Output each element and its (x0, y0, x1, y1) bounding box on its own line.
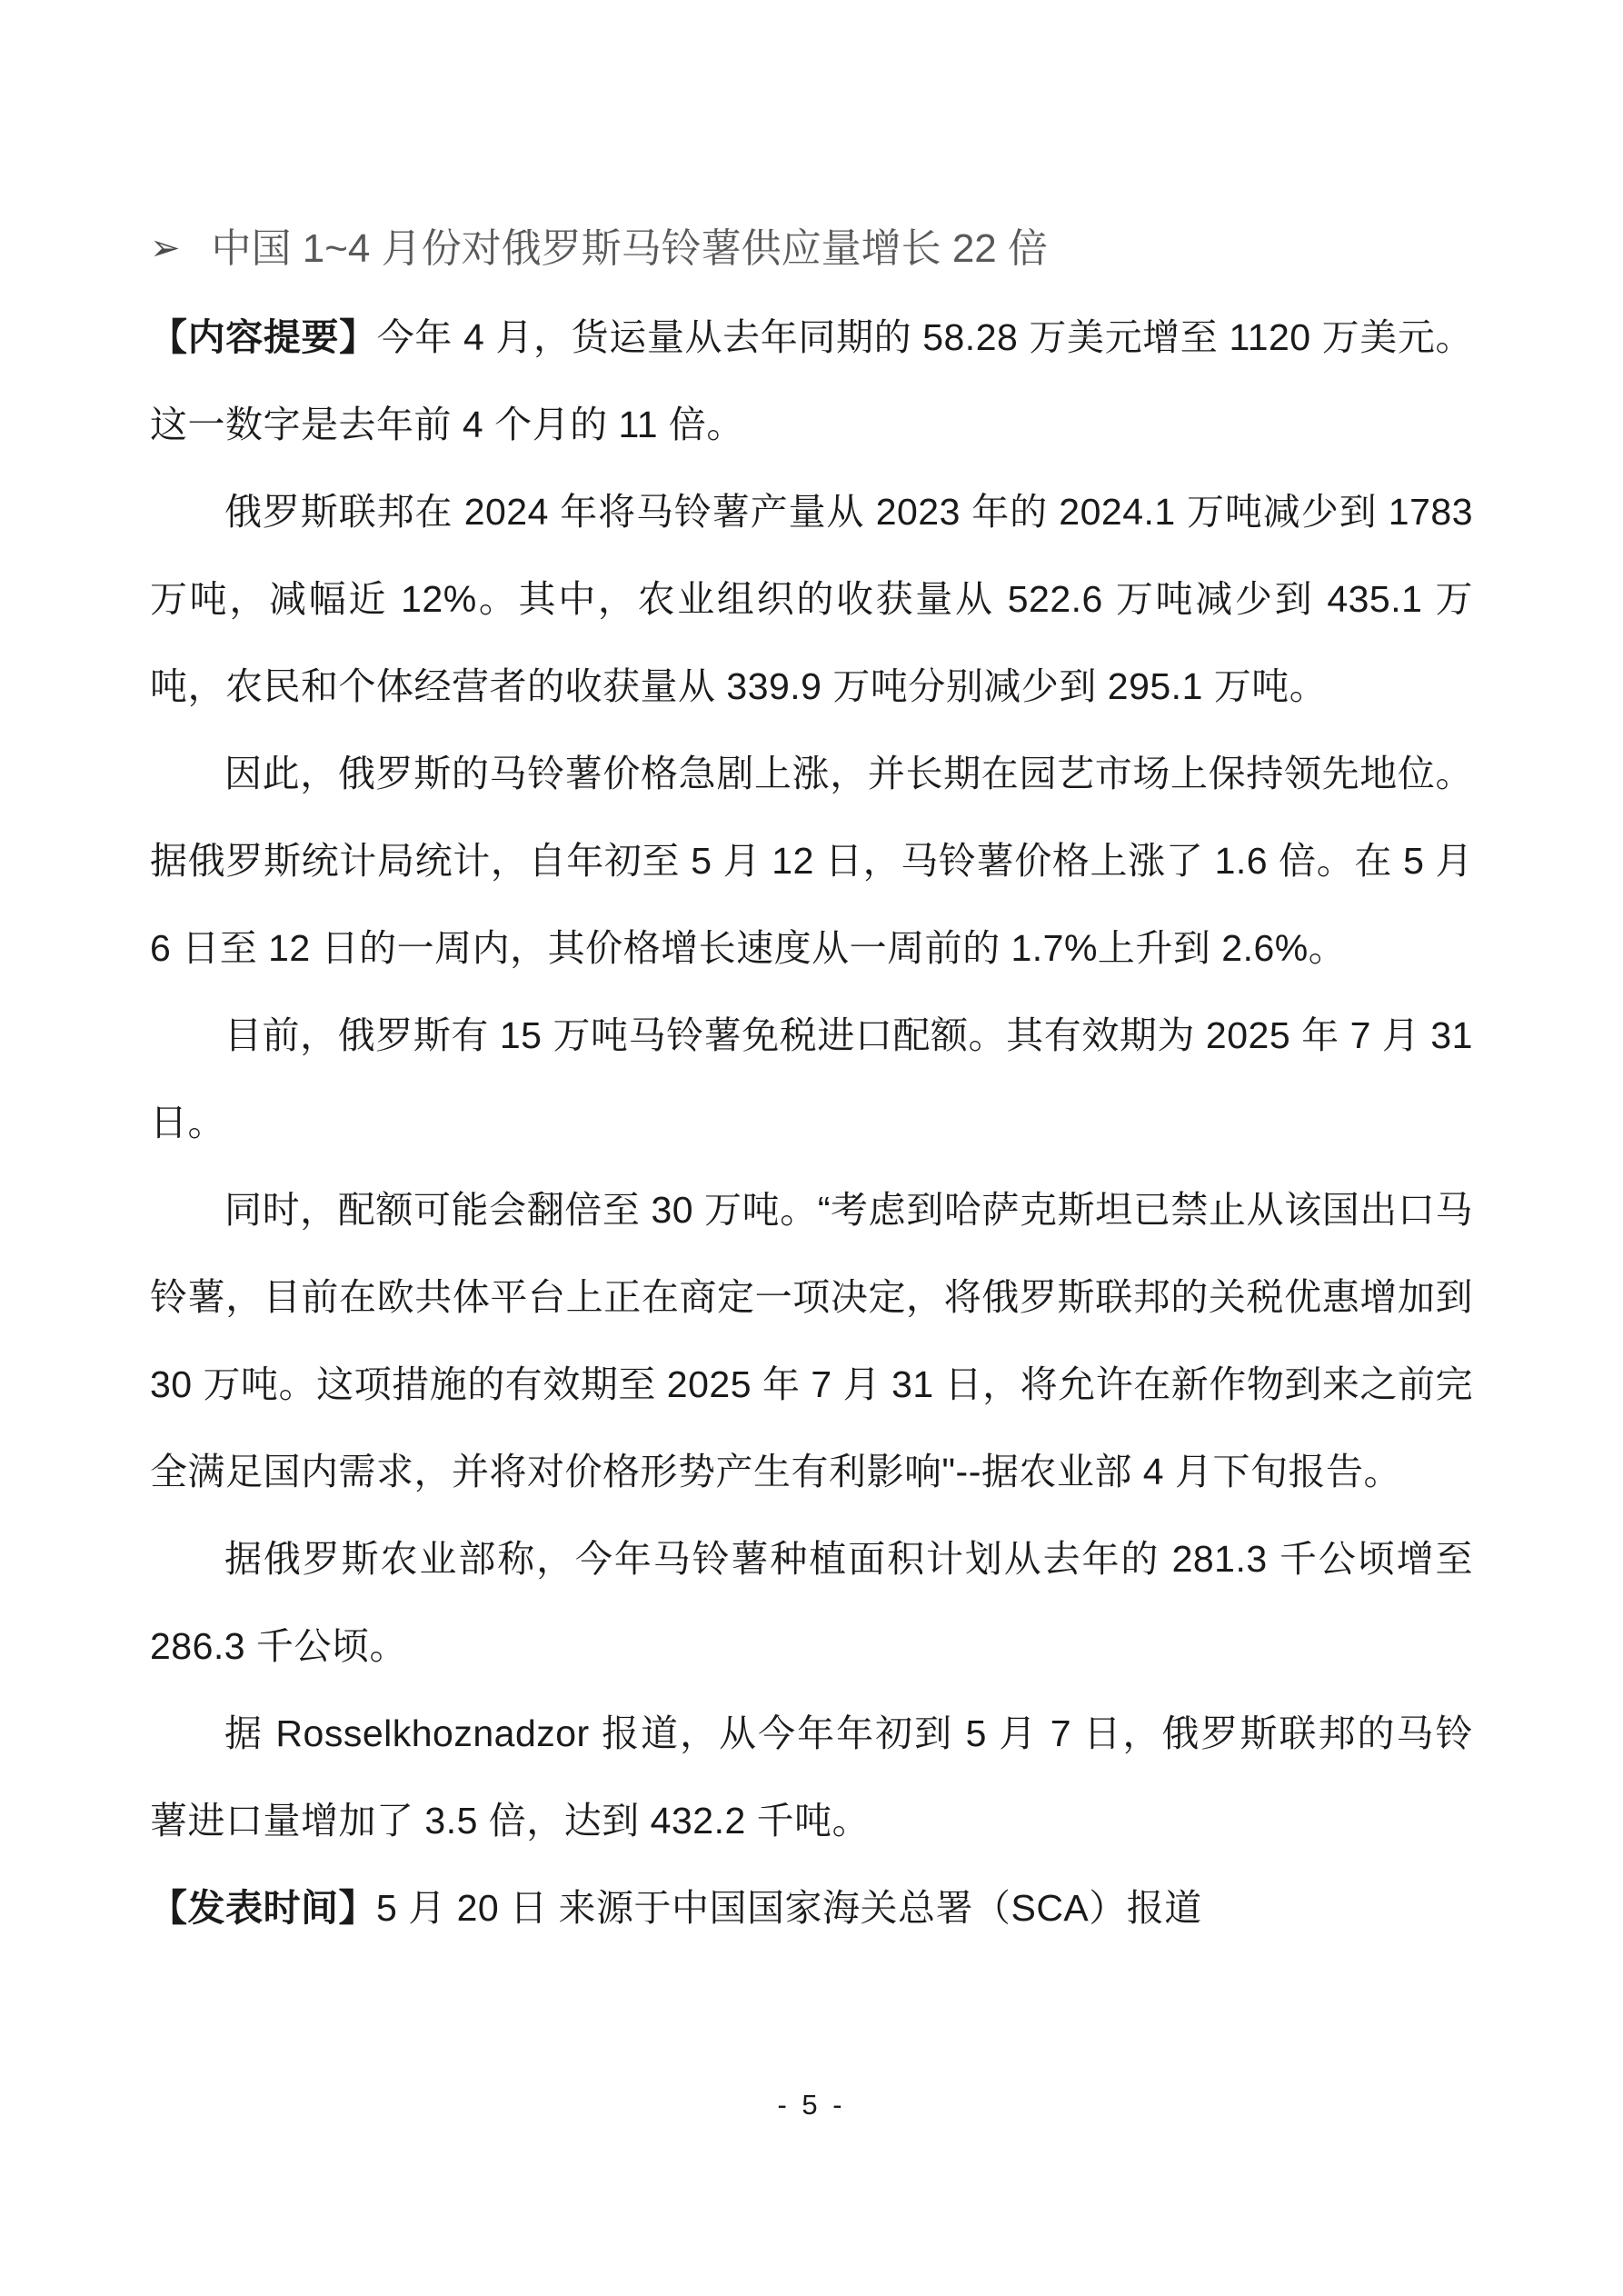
paragraph-text: 据 Rosselkhoznadzor 报道，从今年年初到 5 月 7 日，俄罗斯… (150, 1712, 1473, 1842)
paragraph-label: 【内容提要】 (150, 316, 377, 358)
paragraph-planting-area: 据俄罗斯农业部称，今年马铃薯种植面积计划从去年的 281.3 千公顷增至 286… (150, 1515, 1473, 1690)
paragraph-label: 【发表时间】 (150, 1887, 376, 1929)
paragraph-imports: 据 Rosselkhoznadzor 报道，从今年年初到 5 月 7 日，俄罗斯… (150, 1690, 1473, 1864)
paragraph-text: 目前，俄罗斯有 15 万吨马铃薯免税进口配额。其有效期为 2025 年 7 月 … (150, 1014, 1473, 1143)
paragraph-publish-date: 【发表时间】5 月 20 日 来源于中国国家海关总署（SCA）报道 (150, 1864, 1473, 1952)
paragraph-text: 因此，俄罗斯的马铃薯价格急剧上涨，并长期在园艺市场上保持领先地位。据俄罗斯统计局… (150, 753, 1473, 969)
page-number: - 5 - (0, 2087, 1623, 2123)
section-heading: ➢中国 1~4 月份对俄罗斯马铃薯供应量增长 22 倍 (150, 205, 1473, 294)
paragraph-summary: 【内容提要】今年 4 月，货运量从去年同期的 58.28 万美元增至 1120 … (150, 294, 1473, 468)
paragraph-text: 5 月 20 日 来源于中国国家海关总署（SCA）报道 (376, 1887, 1202, 1929)
section-heading-text: 中国 1~4 月份对俄罗斯马铃薯供应量增长 22 倍 (212, 226, 1048, 271)
document-page: ➢中国 1~4 月份对俄罗斯马铃薯供应量增长 22 倍 【内容提要】今年 4 月… (0, 0, 1623, 2296)
paragraph-text: 据俄罗斯农业部称，今年马铃薯种植面积计划从去年的 281.3 千公顷增至 286… (150, 1538, 1473, 1667)
paragraph-text: 俄罗斯联邦在 2024 年将马铃薯产量从 2023 年的 2024.1 万吨减少… (150, 491, 1473, 707)
paragraph-prices: 因此，俄罗斯的马铃薯价格急剧上涨，并长期在园艺市场上保持领先地位。据俄罗斯统计局… (150, 730, 1473, 992)
paragraph-production: 俄罗斯联邦在 2024 年将马铃薯产量从 2023 年的 2024.1 万吨减少… (150, 468, 1473, 730)
page-content: ➢中国 1~4 月份对俄罗斯马铃薯供应量增长 22 倍 【内容提要】今年 4 月… (150, 205, 1473, 1952)
paragraph-quota: 目前，俄罗斯有 15 万吨马铃薯免税进口配额。其有效期为 2025 年 7 月 … (150, 992, 1473, 1166)
paragraph-quota-doubling: 同时，配额可能会翻倍至 30 万吨。“考虑到哈萨克斯坦已禁止从该国出口马铃薯，目… (150, 1166, 1473, 1515)
paragraph-text: 同时，配额可能会翻倍至 30 万吨。“考虑到哈萨克斯坦已禁止从该国出口马铃薯，目… (150, 1189, 1473, 1492)
arrow-bullet-icon: ➢ (150, 205, 181, 292)
